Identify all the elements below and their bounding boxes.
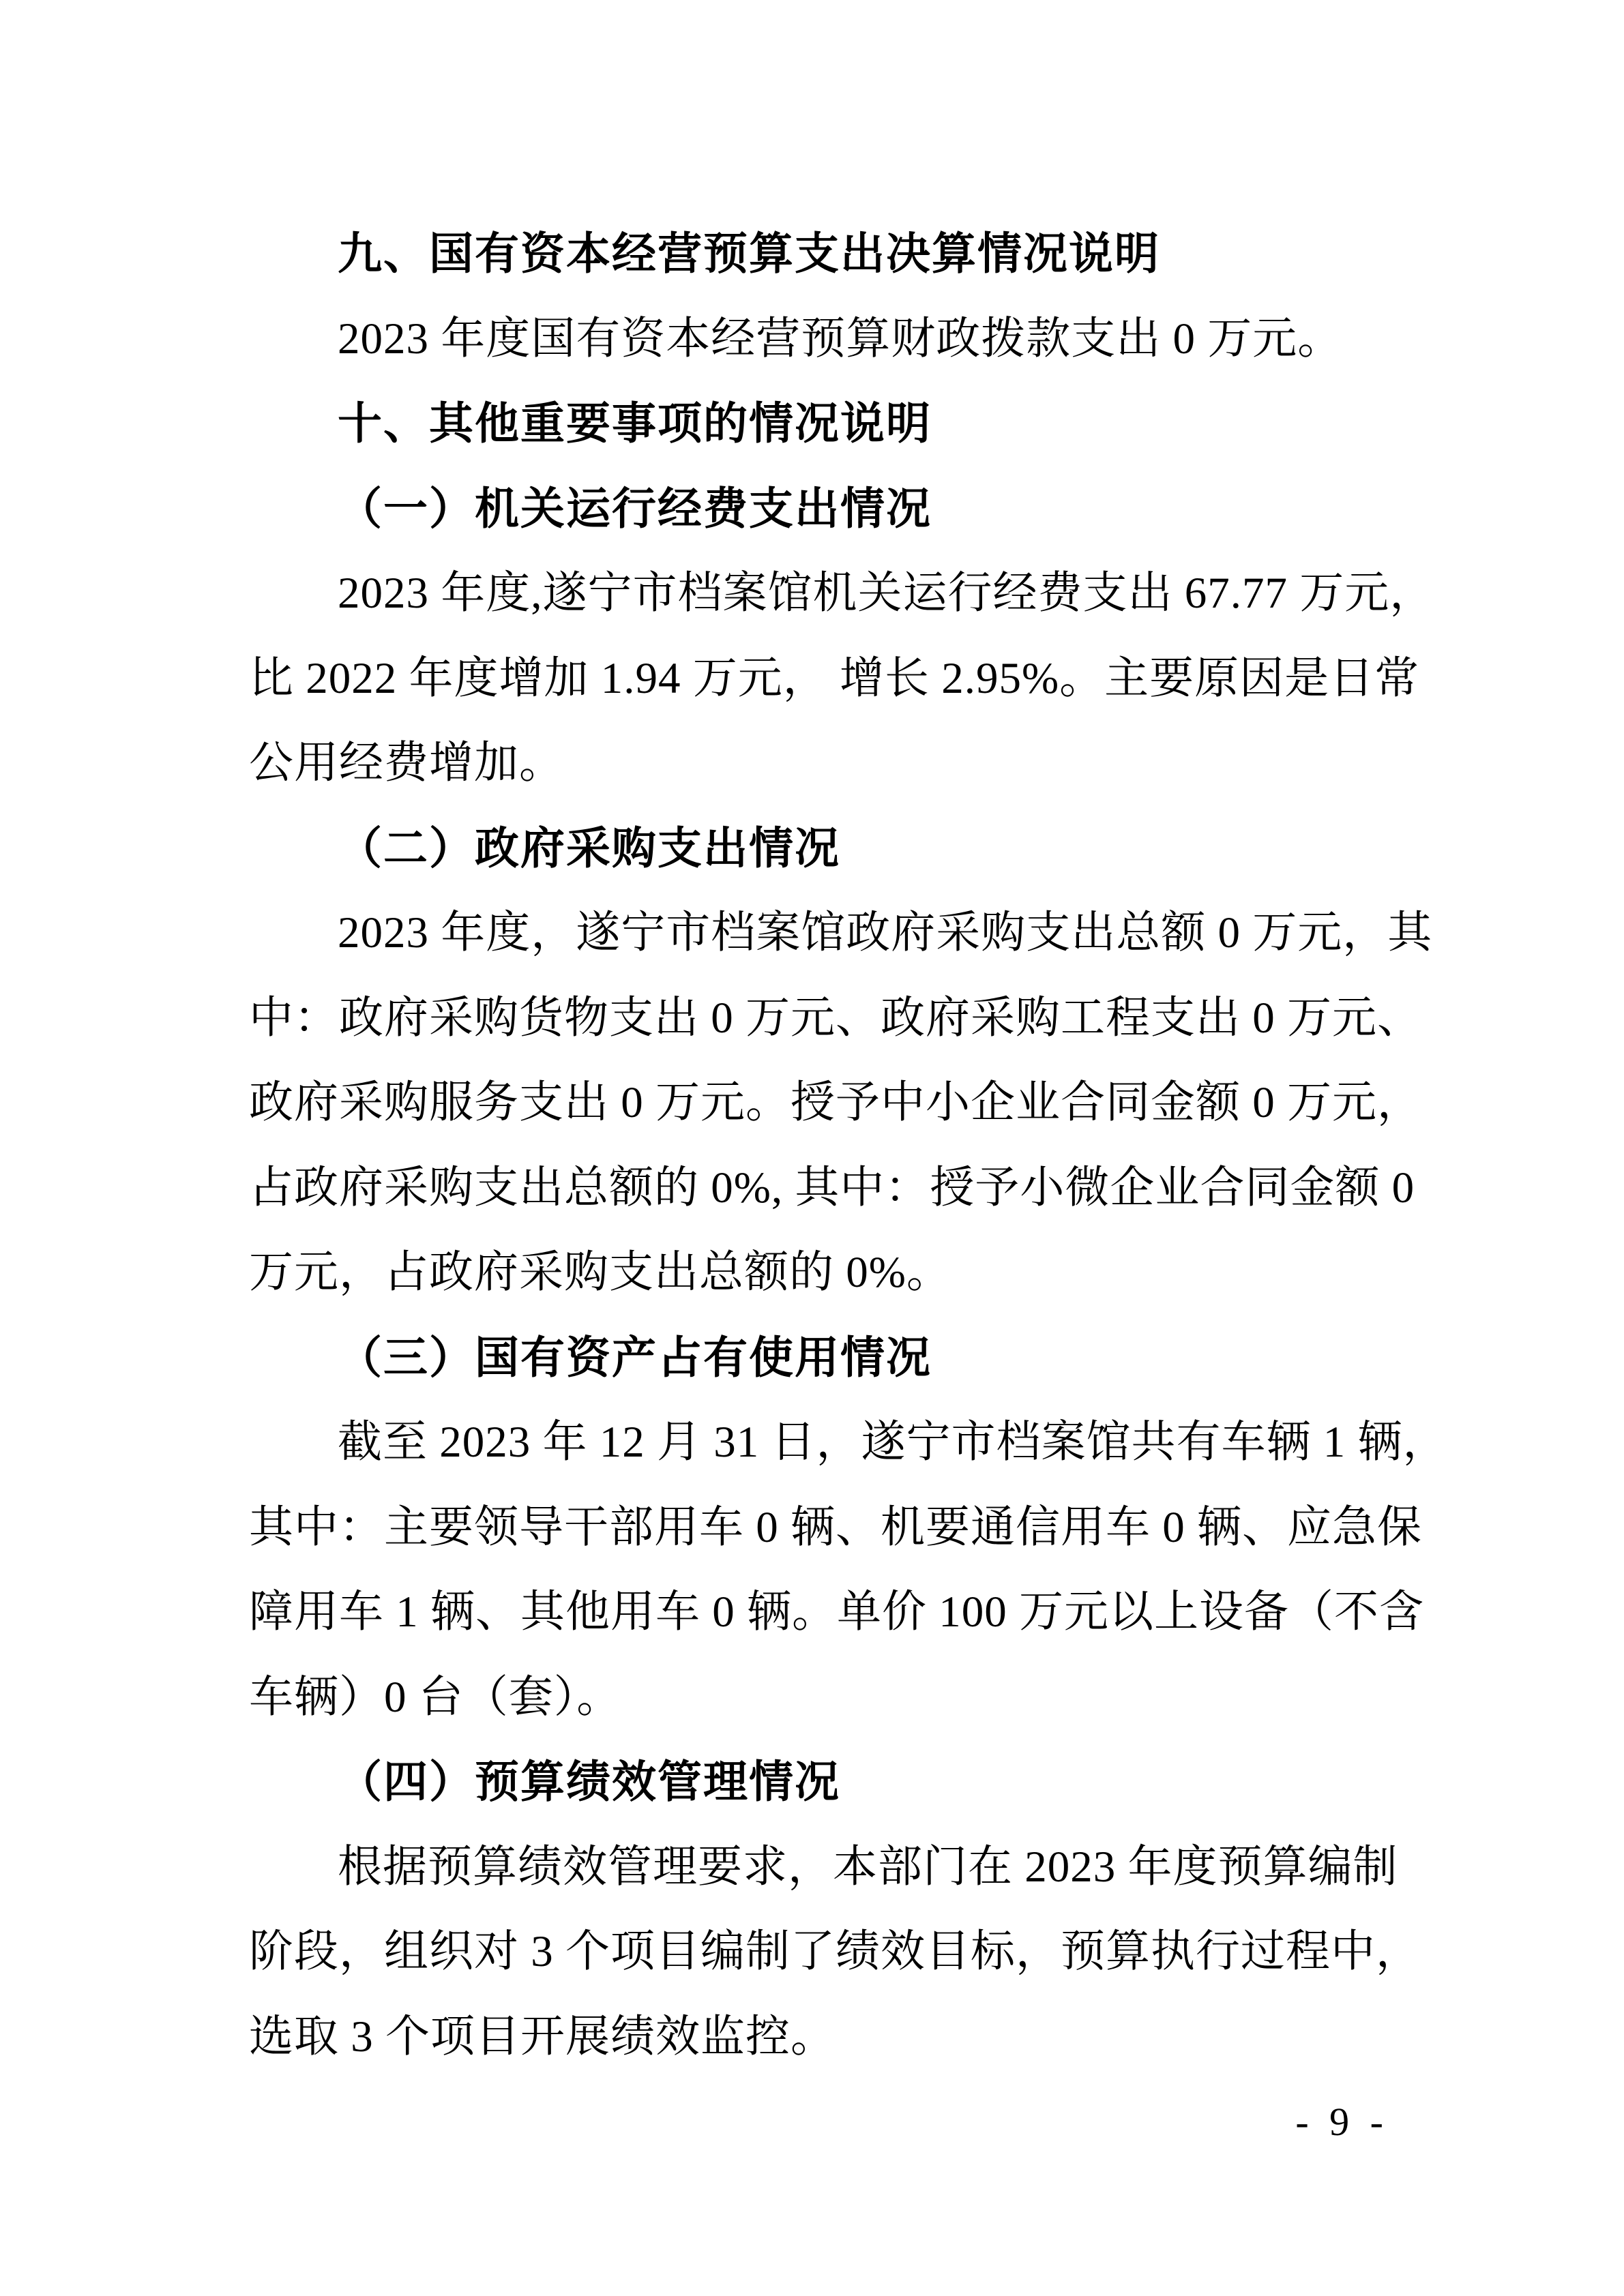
paragraph-line: 中：政府采购货物支出 0 万元、政府采购工程支出 0 万元、: [249, 976, 1385, 1061]
paragraph-line: 2023 年度，遂宁市档案馆政府采购支出总额 0 万元，其: [249, 891, 1385, 976]
subsection-heading-4: （四）预算绩效管理情况: [249, 1740, 1385, 1825]
document-page: 九、国有资本经营预算支出决算情况说明 2023 年度国有资本经营预算财政拨款支出…: [0, 0, 1624, 2296]
page-number: - 9 -: [1295, 2099, 1389, 2145]
paragraph-line: 其中：主要领导干部用车 0 辆、机要通信用车 0 辆、应急保: [249, 1485, 1385, 1570]
section-heading-10: 十、其他重要事项的情况说明: [249, 381, 1385, 466]
document-body: 九、国有资本经营预算支出决算情况说明 2023 年度国有资本经营预算财政拨款支出…: [249, 211, 1385, 2079]
paragraph-line: 占政府采购支出总额的 0%, 其中：授予小微企业合同金额 0: [249, 1146, 1385, 1231]
paragraph-line: 比 2022 年度增加 1.94 万元， 增长 2.95%。主要原因是日常: [249, 636, 1385, 721]
paragraph-line: 阶段，组织对 3 个项目编制了绩效目标，预算执行过程中，: [249, 1909, 1385, 1995]
paragraph-line: 根据预算绩效管理要求，本部门在 2023 年度预算编制: [249, 1825, 1385, 1910]
paragraph-line: 政府采购服务支出 0 万元。授予中小企业合同金额 0 万元，: [249, 1060, 1385, 1146]
subsection-heading-2: （二）政府采购支出情况: [249, 806, 1385, 891]
subsection-heading-3: （三）国有资产占有使用情况: [249, 1315, 1385, 1401]
paragraph-line: 选取 3 个项目开展绩效监控。: [249, 1995, 1385, 2080]
subsection-heading-1: （一）机关运行经费支出情况: [249, 466, 1385, 552]
paragraph-line: 万元，占政府采购支出总额的 0%。: [249, 1230, 1385, 1315]
section-heading-9: 九、国有资本经营预算支出决算情况说明: [249, 211, 1385, 297]
paragraph-line: 截至 2023 年 12 月 31 日，遂宁市档案馆共有车辆 1 辆，: [249, 1400, 1385, 1485]
paragraph-line: 车辆）0 台（套）。: [249, 1655, 1385, 1740]
paragraph-line: 障用车 1 辆、其他用车 0 辆。单价 100 万元以上设备（不含: [249, 1570, 1385, 1655]
paragraph-line: 2023 年度,遂宁市档案馆机关运行经费支出 67.77 万元，: [249, 551, 1385, 636]
paragraph-line: 公用经费增加。: [249, 721, 1385, 806]
paragraph-line: 2023 年度国有资本经营预算财政拨款支出 0 万元。: [249, 297, 1385, 382]
